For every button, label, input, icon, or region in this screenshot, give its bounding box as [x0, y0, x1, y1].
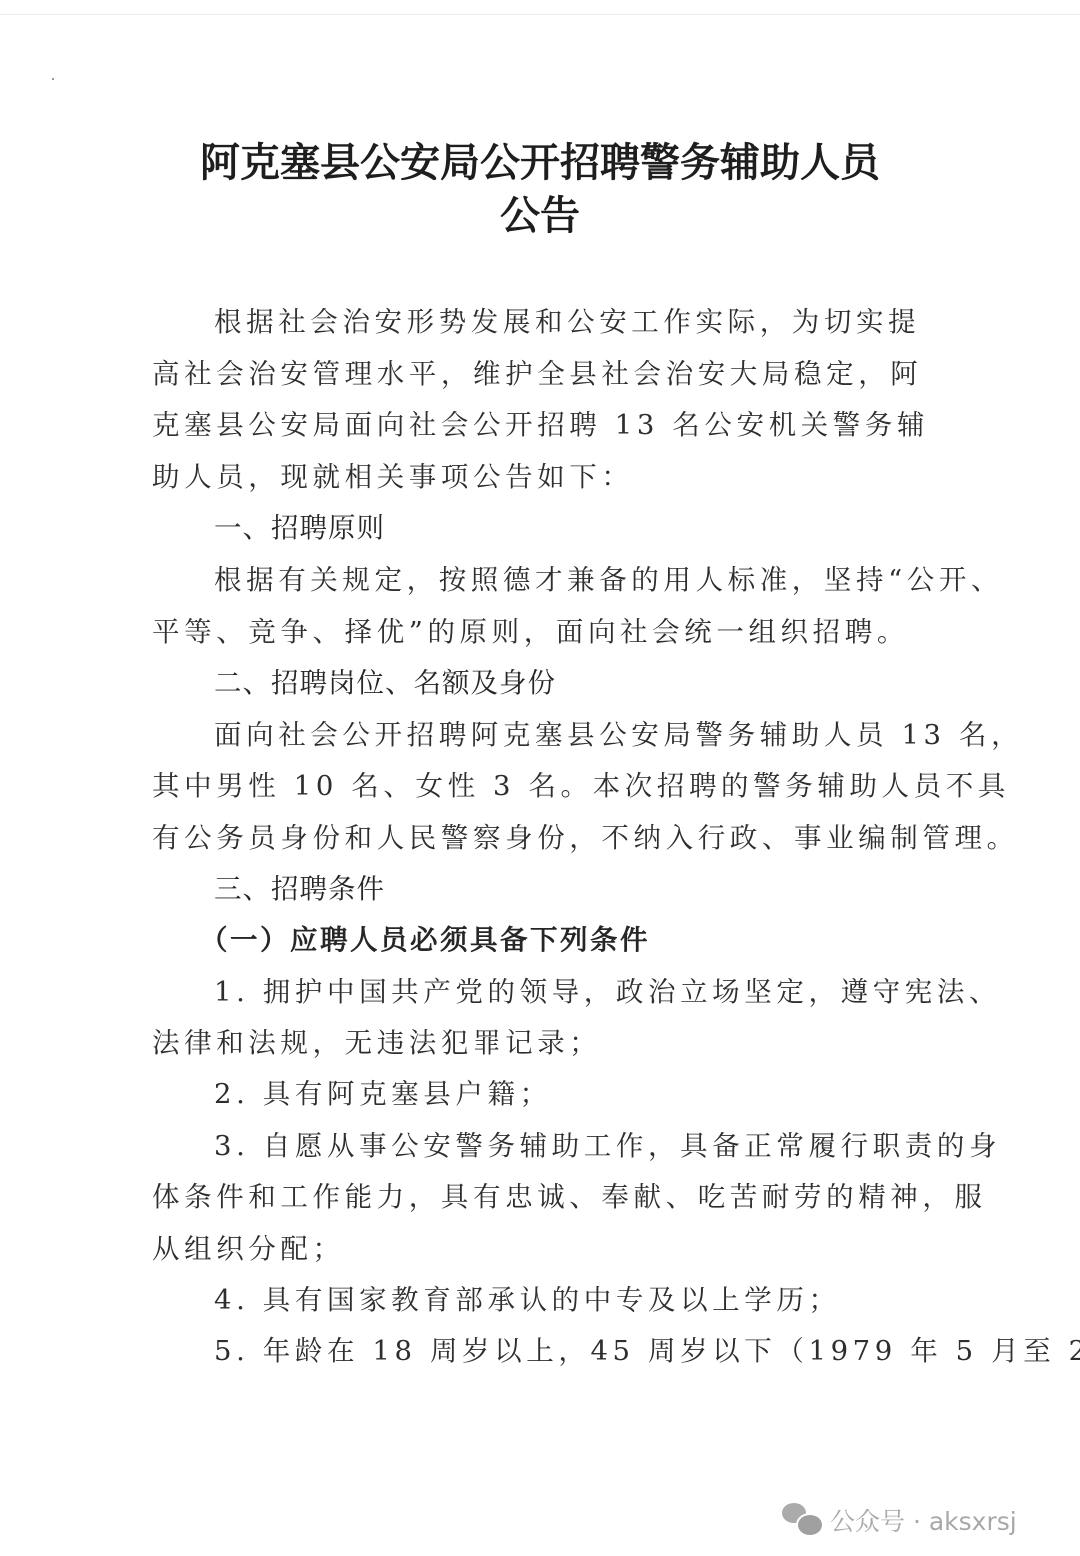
condition-item-4: 4. 具有国家教育部承认的中专及以上学历； — [214, 1287, 984, 1315]
page-top-edge — [0, 0, 1080, 15]
intro-paragraph-line: 根据社会治安形势发展和公安工作实际，为切实提 — [214, 309, 984, 337]
wechat-icon — [782, 1503, 822, 1537]
condition-item-1: 1. 拥护中国共产党的领导，政治立场坚定，遵守宪法、 — [214, 979, 984, 1007]
positions-paragraph-line: 有公务员身份和人民警察身份，不纳入行政、事业编制管理。 — [152, 825, 922, 853]
condition-item-3-cont: 从组织分配； — [152, 1236, 922, 1264]
condition-item-5: 5. 年龄在 18 周岁以上，45 周岁以下（1979 年 5 月至 2006 — [214, 1338, 984, 1366]
subsection-heading-required-conditions: （一）应聘人员必须具备下列条件 — [200, 927, 970, 955]
principles-paragraph-line: 根据有关规定，按照德才兼备的用人标准，坚持“公开、 — [214, 567, 984, 595]
positions-paragraph-line: 其中男性 10 名、女性 3 名。本次招聘的警务辅助人员不具 — [152, 773, 922, 801]
section-heading-principles: 一、招聘原则 — [214, 515, 984, 543]
document-title-line2: 公告 — [0, 196, 1080, 236]
intro-paragraph-line: 高社会治安管理水平，维护全县社会治安大局稳定，阿 — [152, 361, 922, 389]
wechat-watermark: 公众号 · aksxrsj — [782, 1502, 1017, 1538]
condition-item-1-cont: 法律和法规，无违法犯罪记录； — [152, 1030, 922, 1058]
watermark-label: 公众号 · aksxrsj — [830, 1502, 1017, 1538]
section-heading-conditions: 三、招聘条件 — [214, 876, 984, 904]
document-title: 阿克塞县公安局公开招聘警务辅助人员 — [0, 143, 1080, 183]
principles-paragraph-line: 平等、竞争、择优”的原则，面向社会统一组织招聘。 — [152, 619, 922, 647]
intro-paragraph-line: 助人员，现就相关事项公告如下： — [152, 464, 922, 492]
condition-item-2: 2. 具有阿克塞县户籍； — [214, 1081, 984, 1109]
section-heading-positions: 二、招聘岗位、名额及身份 — [214, 670, 984, 698]
condition-item-3-cont: 体条件和工作能力，具有忠诚、奉献、吃苦耐劳的精神，服 — [152, 1184, 922, 1212]
condition-item-3: 3. 自愿从事公安警务辅助工作，具备正常履行职责的身 — [214, 1133, 984, 1161]
positions-paragraph-line: 面向社会公开招聘阿克塞县公安局警务辅助人员 13 名， — [214, 722, 984, 750]
scan-speck — [52, 78, 54, 80]
intro-paragraph-line: 克塞县公安局面向社会公开招聘 13 名公安机关警务辅 — [152, 412, 922, 440]
